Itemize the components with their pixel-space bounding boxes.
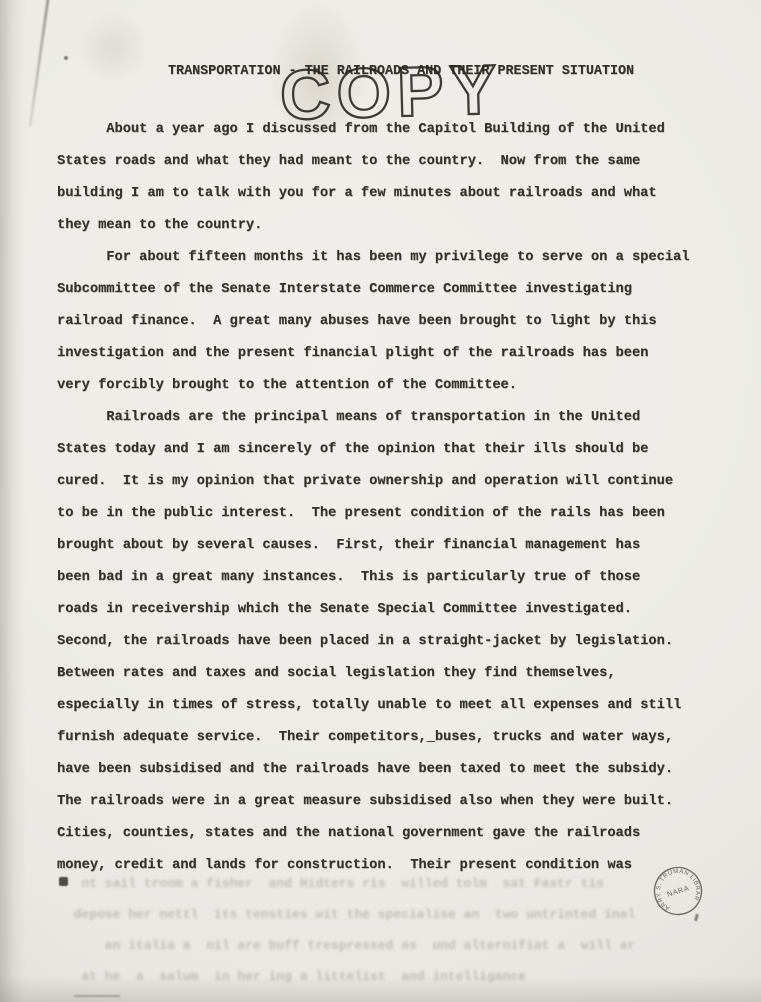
text-line: been bad in a great many instances. This…: [57, 562, 717, 594]
text-line: cured. It is my opinion that private own…: [57, 466, 717, 498]
text-line: About a year ago I discussed from the Ca…: [57, 114, 717, 146]
text-line: For about fifteen months it has been my …: [57, 242, 717, 274]
paper-stain: [78, 12, 148, 82]
text-line: have been subsidised and the railroads h…: [57, 754, 717, 786]
text-line: railroad finance. A great many abuses ha…: [57, 306, 717, 338]
text-line: Cities, counties, states and the nationa…: [57, 818, 717, 850]
document-body: About a year ago I discussed from the Ca…: [57, 114, 717, 882]
text-line: Second, the railroads have been placed i…: [57, 626, 717, 658]
text-line: States today and I am sincerely of the o…: [57, 434, 717, 466]
paper-speck: [64, 56, 68, 60]
text-line: brought about by several causes. First, …: [57, 530, 717, 562]
bleedthrough-line: depose her nettl its tensties wit the sp…: [58, 899, 718, 930]
text-line: building I am to talk with you for a few…: [57, 178, 717, 210]
text-line: Subcommittee of the Senate Interstate Co…: [57, 274, 717, 306]
bleedthrough-text: nt sail troom a fisher and Hidters ris w…: [58, 868, 718, 992]
text-line: investigation and the present financial …: [57, 338, 717, 370]
text-line: The railroads were in a great measure su…: [57, 786, 717, 818]
text-line: Railroads are the principal means of tra…: [57, 402, 717, 434]
scanned-document-page: TRANSPORTATION - THE RAILROADS AND THEIR…: [0, 0, 761, 1002]
bleedthrough-line: an italia a nil are buff trespressed as …: [58, 930, 718, 961]
scan-edge-shadow: [0, 976, 761, 1002]
scan-edge-shadow: [0, 0, 26, 1002]
text-line: furnish adequate service. Their competit…: [57, 722, 717, 754]
archive-stamp: HARRY S. TRUMAN LIBRARY NARA: [646, 859, 710, 923]
archive-stamp-center-text: NARA: [666, 883, 691, 899]
text-line: especially in times of stress, totally u…: [57, 690, 717, 722]
bleedthrough-line: nt sail troom a fisher and Hidters ris w…: [58, 868, 718, 899]
paper-crease: [29, 0, 51, 127]
text-line: States roads and what they had meant to …: [57, 146, 717, 178]
text-line: roads in receivership which the Senate S…: [57, 594, 717, 626]
text-line: to be in the public interest. The presen…: [57, 498, 717, 530]
text-line: they mean to the country.: [57, 210, 717, 242]
text-line: very forcibly brought to the attention o…: [57, 370, 717, 402]
text-line: Between rates and taxes and social legis…: [57, 658, 717, 690]
